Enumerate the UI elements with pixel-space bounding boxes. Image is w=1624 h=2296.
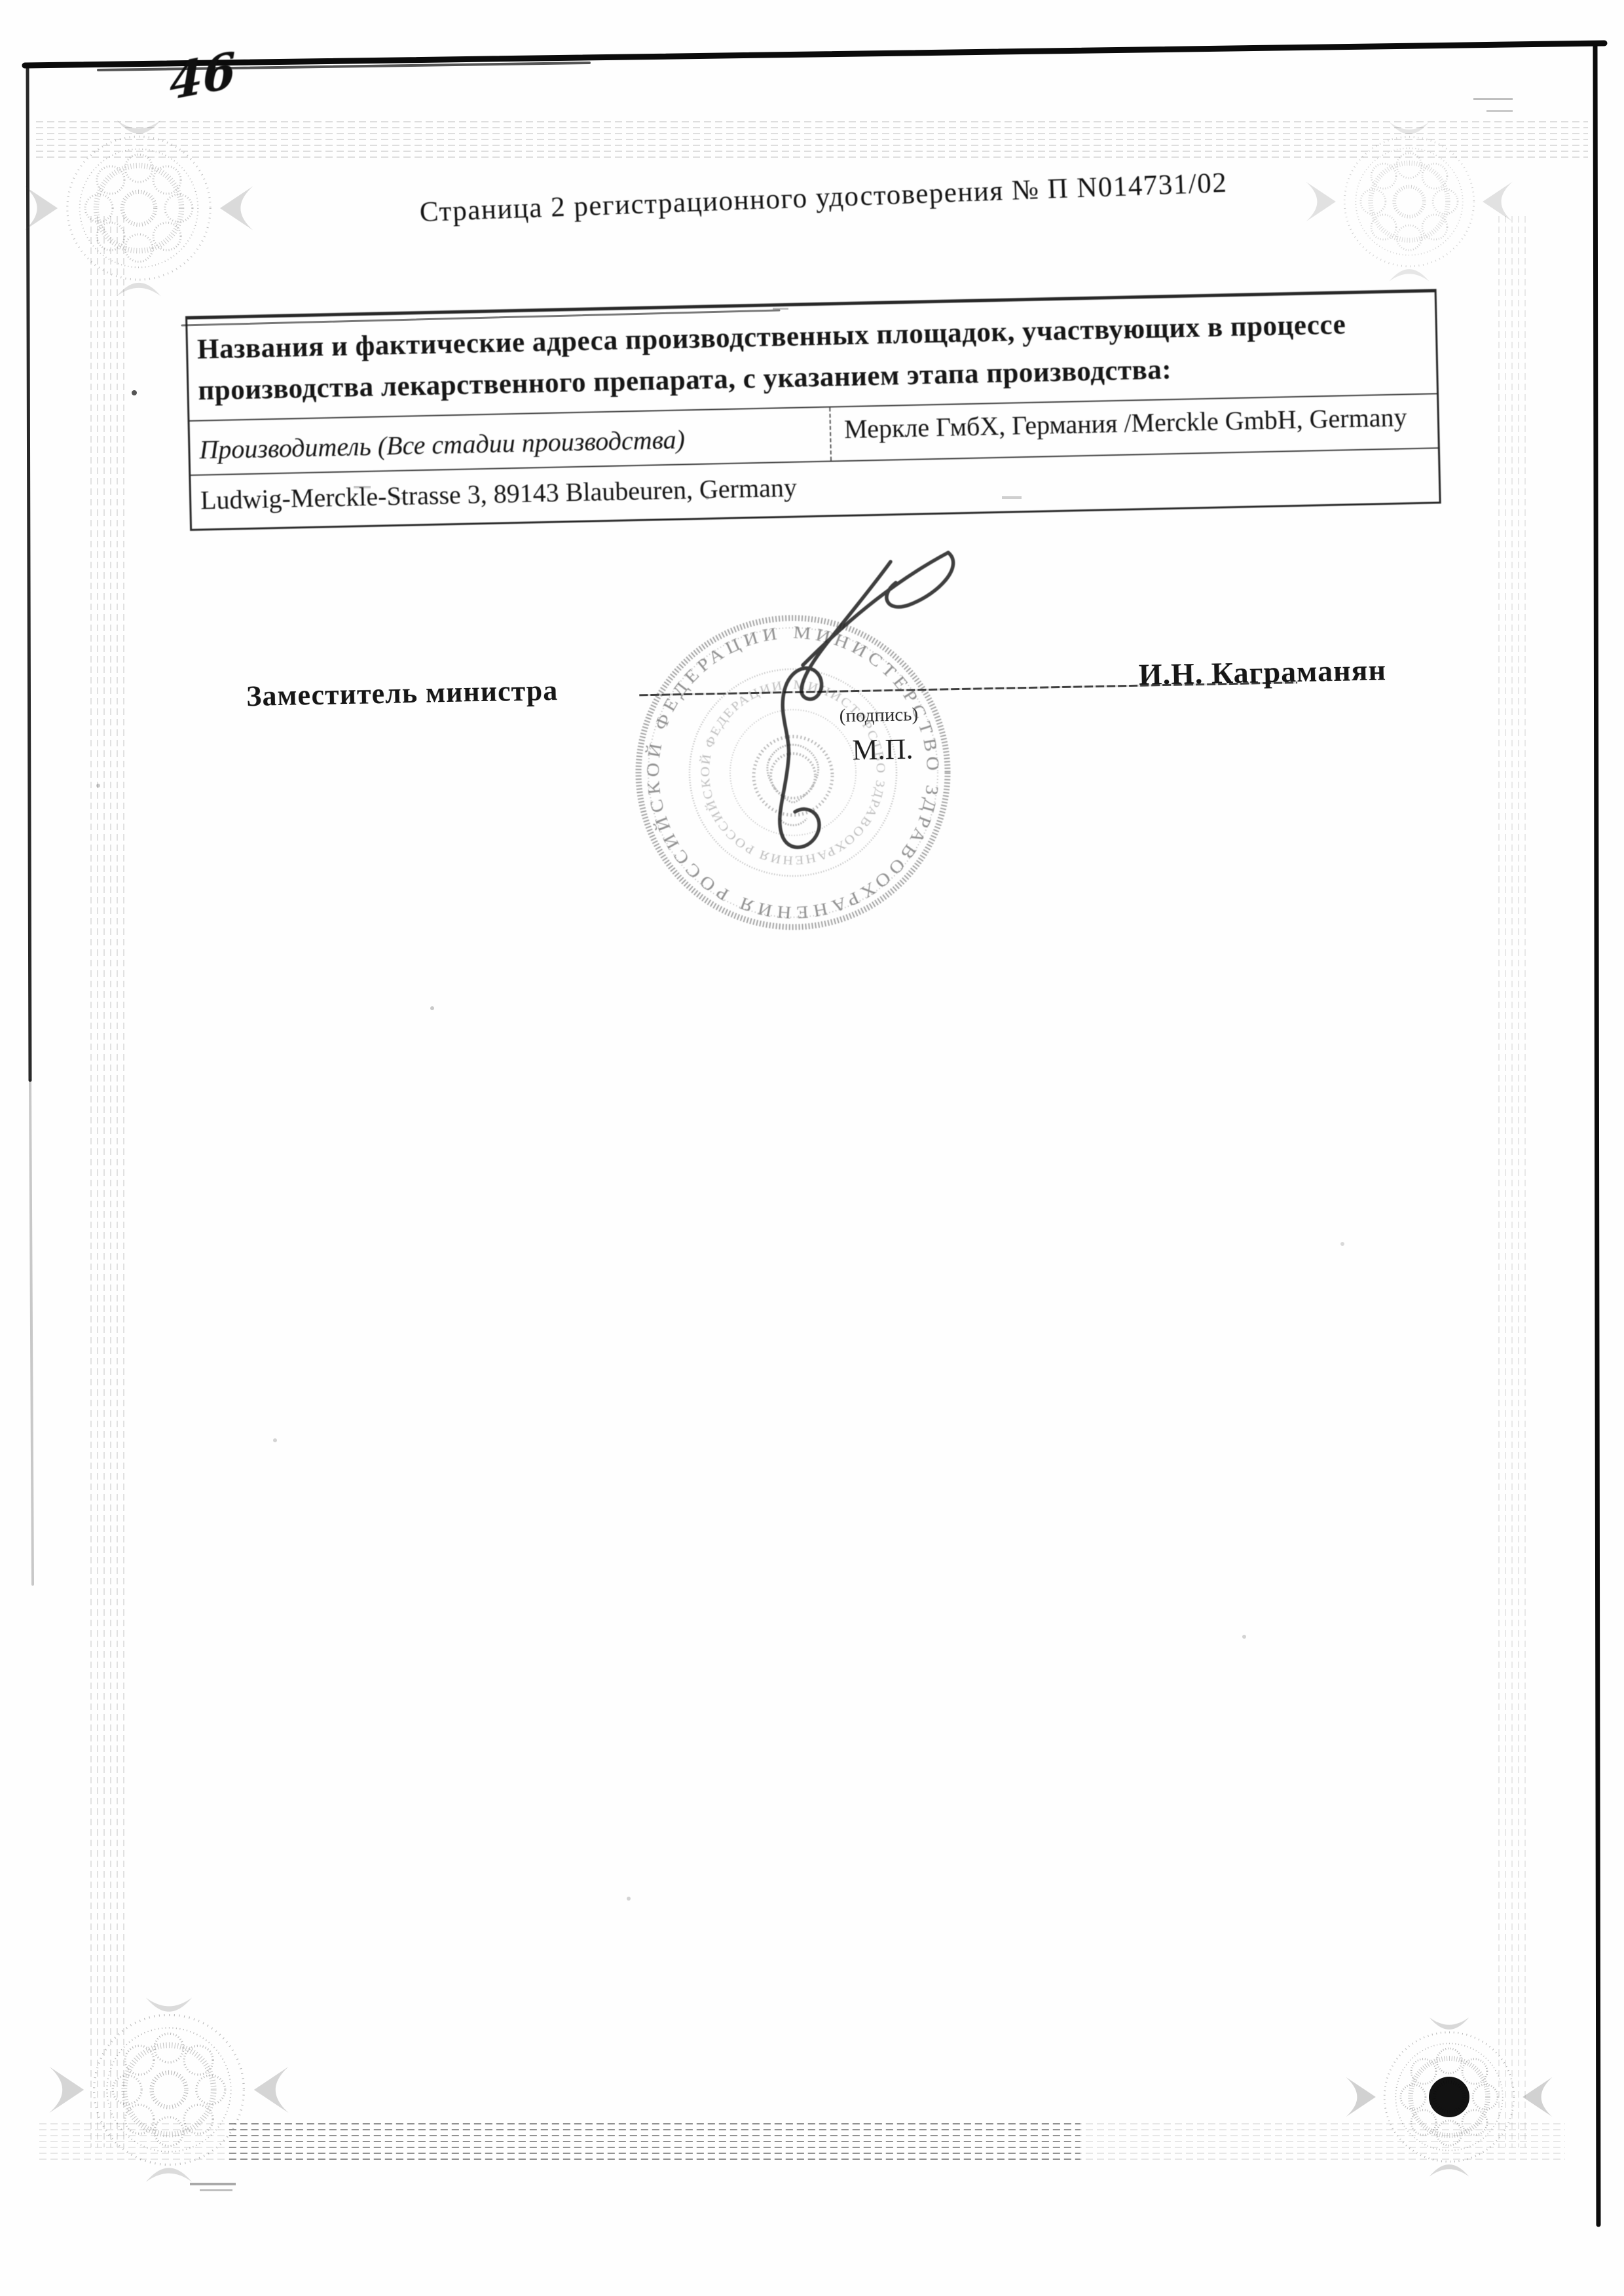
stamp-ring-text: МИНИСТЕРСТВО ЗДРАВООХРАНЕНИЯ РОССИЙСКОЙ … [643, 622, 944, 922]
ministry-round-stamp: МИНИСТЕРСТВО ЗДРАВООХРАНЕНИЯ РОССИЙСКОЙ … [609, 543, 976, 949]
scanned-registration-certificate-page: 46 Страница 2 регистрационного удостовер… [0, 0, 1624, 2296]
stamp-center-emblem [754, 737, 832, 826]
guilloche-band-left [90, 216, 126, 2147]
page-title: Страница 2 регистрационного удостоверени… [419, 166, 1245, 228]
manufacturing-sites-table: Названия и фактические адреса производст… [185, 289, 1441, 530]
guilloche-band-bottom [229, 2123, 1080, 2160]
signatory-position-title: Заместитель министра [246, 674, 559, 713]
stamp-inner-ring-text: МИНИСТЕРСТВО ЗДРАВООХРАНЕНИЯ РОССИЙСКОЙ … [699, 678, 887, 867]
guilloche-band-top [36, 121, 1588, 159]
signatory-name: И.Н. Каграманян [1138, 652, 1386, 691]
handwritten-page-number: 46 [169, 42, 236, 112]
ink-blot-dot [1429, 2077, 1469, 2117]
guilloche-band-right [1498, 216, 1531, 2147]
stamp-rings [638, 618, 948, 927]
